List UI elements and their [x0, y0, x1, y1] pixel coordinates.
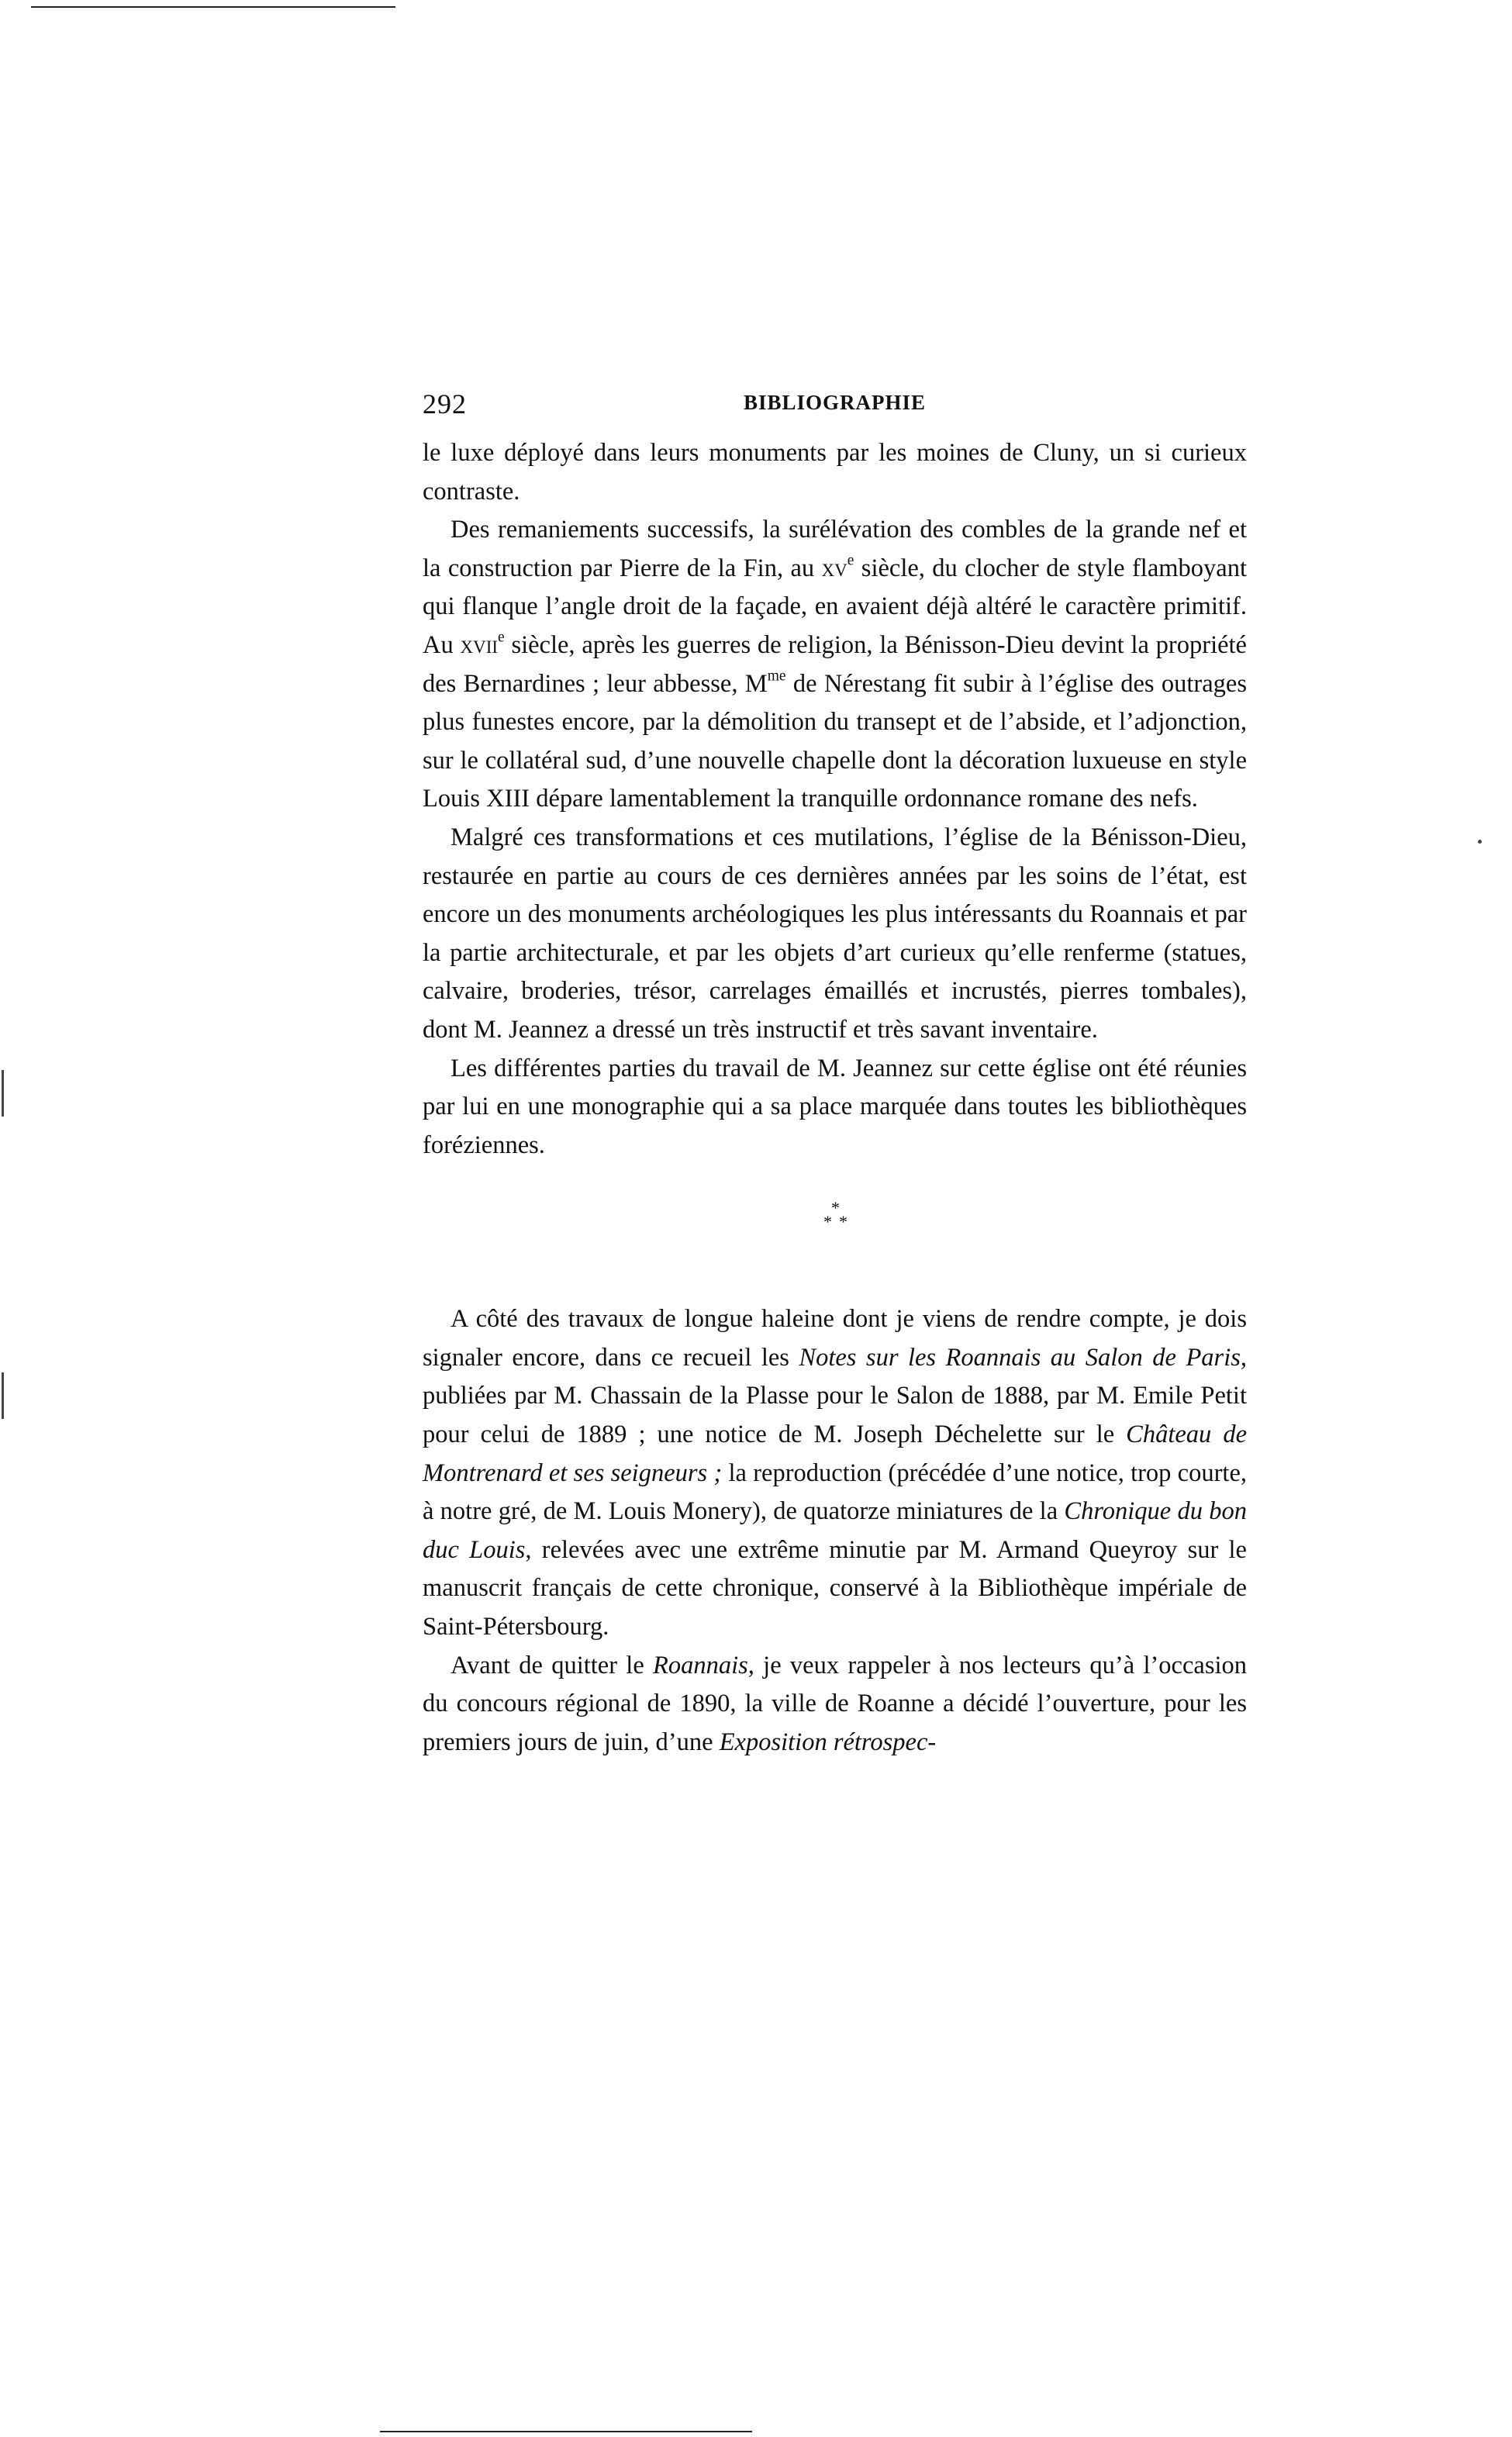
paragraph: A côté des travaux de longue haleine don…	[423, 1300, 1247, 1646]
roman-numeral: xvii	[460, 631, 498, 659]
scan-margin-mark	[2, 1070, 4, 1117]
italic-title: Roannais	[653, 1652, 748, 1679]
text-run: Avant de quitter le	[450, 1652, 653, 1679]
text-run: , relevées avec une extrême minutie par …	[423, 1536, 1247, 1641]
paragraph: Malgré ces transformations et ces mutila…	[423, 819, 1247, 1050]
asterism-separator: * * *	[423, 1184, 1247, 1300]
paragraph: Avant de quitter le Roannais, je veux ra…	[423, 1647, 1247, 1762]
text-run: Malgré ces transformations et ces mutila…	[423, 823, 1247, 1044]
body-text-section-1: le luxe déployé dans leurs monuments par…	[423, 434, 1247, 1165]
running-head: 292 BIBLIOGRAPHIE	[423, 388, 1247, 434]
scan-edge-line-top	[31, 6, 395, 8]
scan-dot	[1478, 840, 1482, 844]
text-run: Les différentes parties du travail de M.…	[423, 1055, 1247, 1159]
asterism-star-left: *	[823, 1213, 832, 1231]
scan-edge-line-bottom	[380, 2431, 752, 2432]
paragraph: le luxe déployé dans leurs monuments par…	[423, 434, 1247, 511]
body-text-section-2: A côté des travaux de longue haleine don…	[423, 1300, 1247, 1762]
scan-margin-mark	[2, 1372, 4, 1419]
text-run: le luxe déployé dans leurs monuments par…	[423, 439, 1247, 506]
italic-title: Exposition rétrospec-	[720, 1728, 937, 1756]
asterism-star-right: *	[839, 1213, 847, 1231]
paragraph: Les différentes parties du travail de M.…	[423, 1050, 1247, 1165]
running-title: BIBLIOGRAPHIE	[423, 391, 1247, 415]
superscript: me	[768, 668, 786, 684]
superscript: e	[498, 629, 505, 645]
roman-numeral: xv	[822, 554, 847, 582]
book-page: 292 BIBLIOGRAPHIE le luxe déployé dans l…	[423, 388, 1247, 1762]
paragraph: Des remaniements successifs, la suréléva…	[423, 511, 1247, 819]
italic-title: Notes sur les Roannais au Salon de Paris	[799, 1344, 1240, 1372]
